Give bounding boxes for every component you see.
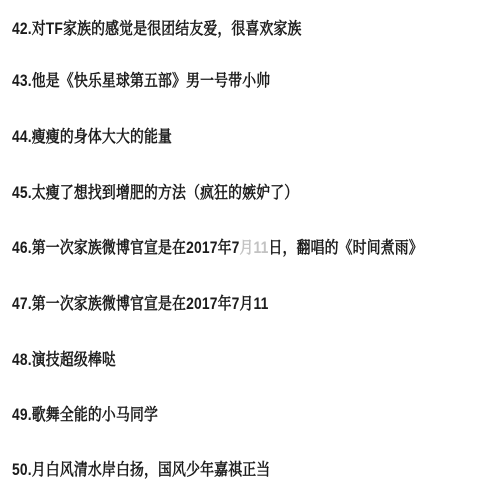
list-item-44: 44.瘦瘦的身体大大的能量 [12, 127, 172, 147]
list-item-48: 48.演技超级棒哒 [12, 350, 116, 370]
list-item-47: 47.第一次家族微博官宣是在2017年7月11 [12, 294, 269, 314]
list-item-46-text-after: 日，翻唱的《时间煮雨》 [269, 239, 423, 257]
list-item-43: 43.他是《快乐星球第五部》男一号带小帅 [12, 71, 270, 91]
list-item-49: 49.歌舞全能的小马同学 [12, 405, 158, 425]
list-item-46-text-before: 46.第一次家族微博官宣是在2017年7 [12, 239, 239, 257]
fact-list-page: 42.对TF家族的感觉是很团结友爱，很喜欢家族 43.他是《快乐星球第五部》男一… [0, 0, 500, 500]
list-item-42: 42.对TF家族的感觉是很团结友爱，很喜欢家族 [12, 19, 302, 39]
list-item-45: 45.太瘦了想找到增肥的方法（疯狂的嫉妒了） [12, 183, 298, 203]
list-item-50: 50.月白风清水岸白扬，国风少年嘉祺正当 [12, 460, 270, 480]
list-item-46: 46.第一次家族微博官宣是在2017年7月11日，翻唱的《时间煮雨》 [12, 238, 423, 258]
list-item-46-faded-text: 月11 [239, 239, 268, 257]
